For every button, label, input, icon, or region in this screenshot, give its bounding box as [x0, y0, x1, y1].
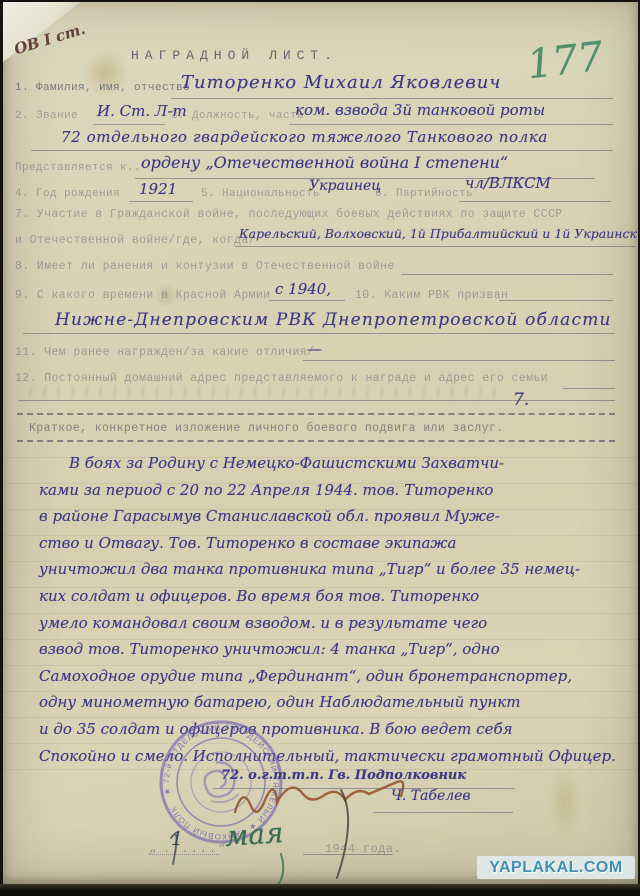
form-line: [303, 334, 615, 361]
citation-body: В боях за Родину с Немецко-Фашистскими З…: [39, 450, 614, 769]
field-wounds-label: 8. Имеет ли ранения и контузии в Отечест…: [15, 260, 395, 273]
field-position-label: 3. Должность, часть: [171, 110, 304, 122]
page-number: 7.: [513, 390, 529, 410]
field-birth-label: 4. Год рождения: [15, 188, 120, 200]
watermark-badge: YAPLAKAL.COM: [477, 856, 635, 879]
citation-line: умело командовал своим взводом. и в резу…: [39, 610, 614, 637]
form-line: [499, 274, 613, 301]
form-line: [235, 220, 635, 247]
form-line: [303, 828, 393, 855]
field-award-label: Представляется к..: [15, 162, 141, 174]
citation-section-title: Краткое, конкретное изложение личного бо…: [29, 422, 504, 435]
form-line: [31, 123, 613, 151]
scan-edge-left: [0, 0, 3, 896]
citation-line: в районе Гарасымув Станиславской обл. пр…: [39, 503, 614, 530]
dashed-separator: [17, 413, 615, 415]
paper-sheet: ОВ I ст. 177 НАГРАДНОЙ ЛИСТ. 1. Фамилия,…: [3, 2, 638, 884]
field-nationality-label: 5. Национальность: [201, 188, 320, 200]
form-line: [373, 784, 513, 813]
dashed-separator: [17, 440, 615, 442]
field-name-label: 1. Фамилия, имя, отчество: [15, 82, 190, 94]
citation-line: одну минометную батарею, один Наблюдател…: [39, 689, 614, 716]
field-nationality-value: Украинец: [309, 178, 381, 194]
citation-line: Самоходное орудие типа „Фердинант“, один…: [39, 663, 614, 690]
form-line: [269, 274, 345, 301]
form-line: [459, 174, 611, 202]
form-line: [171, 70, 613, 99]
form-line: [149, 828, 219, 855]
field-service-label-2: и Отечественной войне/где, когда/: [15, 234, 256, 247]
citation-line: и до 35 солдат и офицеров противника. В …: [39, 716, 614, 743]
field-rank-label: 2. Звание: [15, 110, 78, 122]
field-army-label: 9. С какого времени в Красной Армии: [15, 289, 271, 302]
form-line: [23, 305, 615, 334]
citation-line: уничтожил два танка противника типа „Тиг…: [39, 556, 614, 583]
citation-line: В боях за Родину с Немецко-Фашистскими З…: [39, 450, 614, 477]
scanned-award-document: ОВ I ст. 177 НАГРАДНОЙ ЛИСТ. 1. Фамилия,…: [0, 0, 640, 896]
faded-handwriting-smudge: [23, 386, 503, 398]
document-title: НАГРАДНОЙ ЛИСТ.: [131, 48, 338, 63]
citation-line: взвод тов. Титоренко уничтожил: 4 танка …: [39, 636, 614, 663]
scan-edge-bottom: [0, 884, 640, 896]
form-line: [401, 247, 613, 275]
date-month: мая: [224, 816, 285, 853]
citation-line: ками за период с 20 по 22 Апреля 1944. т…: [39, 477, 614, 504]
field-rvk-label: 10. Каким РВК призван: [355, 289, 508, 302]
form-line: [93, 96, 165, 125]
form-line: [129, 174, 193, 202]
form-line: [289, 96, 613, 125]
citation-line: ких солдат и офицеров. Во время боя тов.…: [39, 583, 614, 610]
field-prev-awards-label: 11. Чем ранее награжден/за какие отличия…: [15, 346, 314, 359]
citation-line: ство и Отвагу. Тов. Титоренко в составе …: [39, 530, 614, 557]
